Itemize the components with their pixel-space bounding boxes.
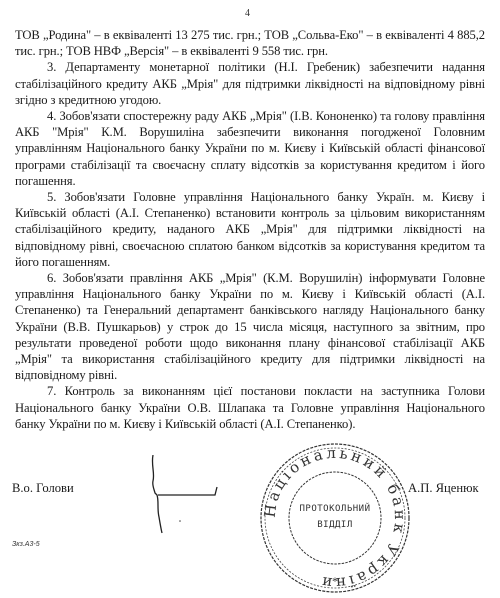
svg-text:*: * (332, 574, 338, 588)
signatory-name: А.П. Яценюк (408, 481, 479, 496)
page-number: 4 (245, 8, 250, 19)
paragraph-item-3: 3. Департаменту монетарної політики (Н.І… (15, 59, 485, 108)
paragraph-item-4: 4. Зобов'язати спостережну раду АКБ „Мрі… (15, 108, 485, 189)
document-footnote: Зкз.А3-5 (12, 541, 40, 548)
official-stamp: Національний банк України * ПРОТОКОЛЬНИЙ… (255, 440, 415, 595)
document-body: ТОВ „Родина" – в еквіваленті 13 275 тис.… (15, 27, 485, 432)
paragraph-item-6: 6. Зобов'язати правління АКБ „Мрія" (К.М… (15, 270, 485, 383)
handwritten-signature-icon (145, 455, 225, 535)
stamp-inner-line-1: ПРОТОКОЛЬНИЙ (255, 504, 415, 514)
paragraph-item-7: 7. Контроль за виконанням цієї постанови… (15, 383, 485, 432)
paragraph-continuation: ТОВ „Родина" – в еквіваленті 13 275 тис.… (15, 27, 485, 59)
stamp-seal-icon: Національний банк України * (255, 440, 415, 595)
stamp-inner-line-2: ВІДДІЛ (255, 520, 415, 530)
paragraph-item-5: 5. Зобов'язати Головне управління Націон… (15, 189, 485, 270)
signatory-title: В.о. Голови (12, 481, 74, 496)
